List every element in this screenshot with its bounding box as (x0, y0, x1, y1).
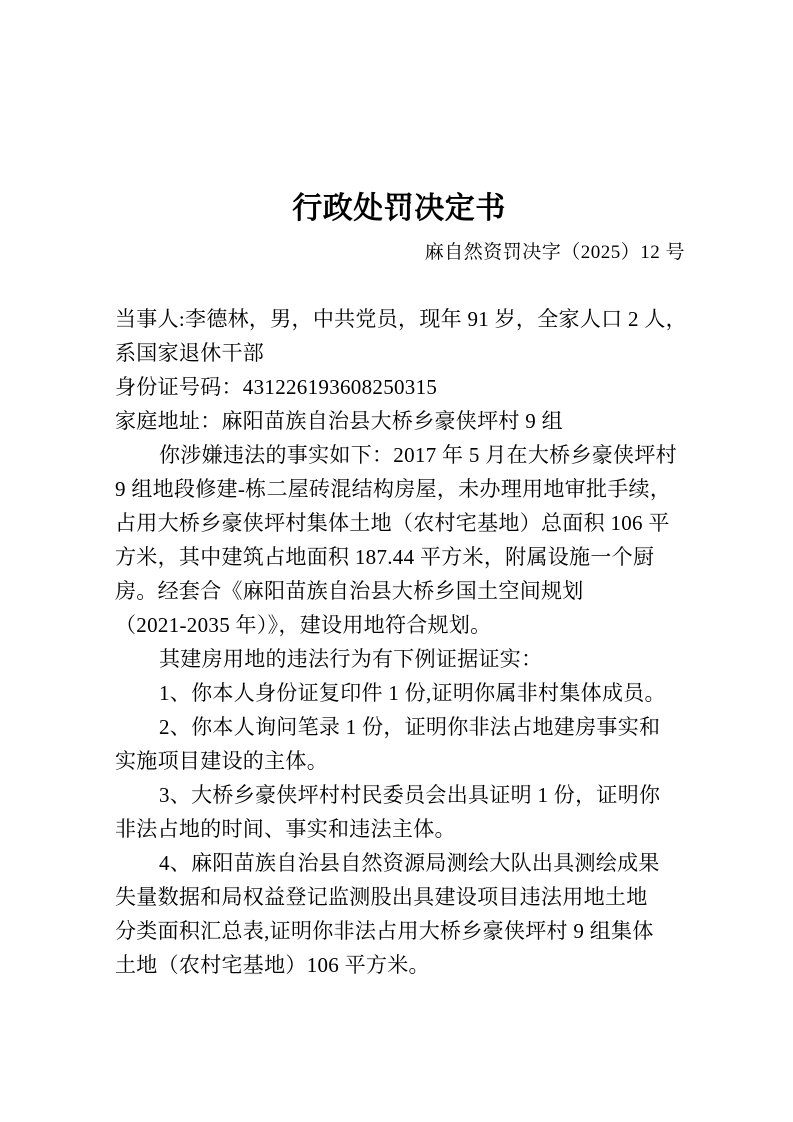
document-number: 麻自然资罚决字（2025）12 号 (115, 241, 685, 265)
body-line-evidence-intro: 其建房用地的违法行为有下例证据证实： (115, 642, 695, 676)
document-body: 当事人:李德林，男，中共党员，现年 91 岁，全家人口 2 人， 系国家退休干部… (115, 302, 695, 982)
body-line-id-number: 身份证号码：431226193608250315 (115, 370, 695, 404)
body-line-evidence-4-cont2: 分类面积汇总表,证明你非法占用大桥乡豪侠坪村 9 组集体 (115, 914, 695, 948)
penalty-decision-page: 行政处罚决定书 麻自然资罚决字（2025）12 号 当事人:李德林，男，中共党员… (0, 0, 793, 1122)
body-line-facts-2: 9 组地段修建-栋二屋砖混结构房屋，未办理用地审批手续， (115, 472, 695, 506)
body-line-evidence-2: 2、你本人询问笔录 1 份，证明你非法占地建房事实和 (115, 710, 695, 744)
body-line-evidence-3: 3、大桥乡豪侠坪村村民委员会出具证明 1 份，证明你 (115, 778, 695, 812)
body-line-home-address: 家庭地址：麻阳苗族自治县大桥乡豪侠坪村 9 组 (115, 404, 695, 438)
body-line-party: 当事人:李德林，男，中共党员，现年 91 岁，全家人口 2 人， (115, 302, 695, 336)
body-line-facts-6: （2021-2035 年）》，建设用地符合规划。 (115, 608, 695, 642)
body-line-facts-1: 你涉嫌违法的事实如下：2017 年 5 月在大桥乡豪侠坪村 (115, 438, 695, 472)
body-line-evidence-4-cont1: 失量数据和局权益登记监测股出具建设项目违法用地土地 (115, 880, 695, 914)
body-line-facts-5: 房。经套合《麻阳苗族自治县大桥乡国土空间规划 (115, 574, 695, 608)
body-line-evidence-4-cont3: 土地（农村宅基地）106 平方米。 (115, 948, 695, 982)
body-line-evidence-3-cont: 非法占地的时间、事实和违法主体。 (115, 812, 695, 846)
body-line-facts-4: 方米，其中建筑占地面积 187.44 平方米，附属设施一个厨 (115, 540, 695, 574)
document-title: 行政处罚决定书 (115, 192, 683, 226)
body-line-evidence-4: 4、麻阳苗族自治县自然资源局测绘大队出具测绘成果 (115, 846, 695, 880)
body-line-facts-3: 占用大桥乡豪侠坪村集体土地（农村宅基地）总面积 106 平 (115, 506, 695, 540)
body-line-evidence-1: 1、你本人身份证复印件 1 份,证明你属非村集体成员。 (115, 676, 695, 710)
body-line-evidence-2-cont: 实施项目建设的主体。 (115, 744, 695, 778)
body-line-party-cont: 系国家退休干部 (115, 336, 695, 370)
